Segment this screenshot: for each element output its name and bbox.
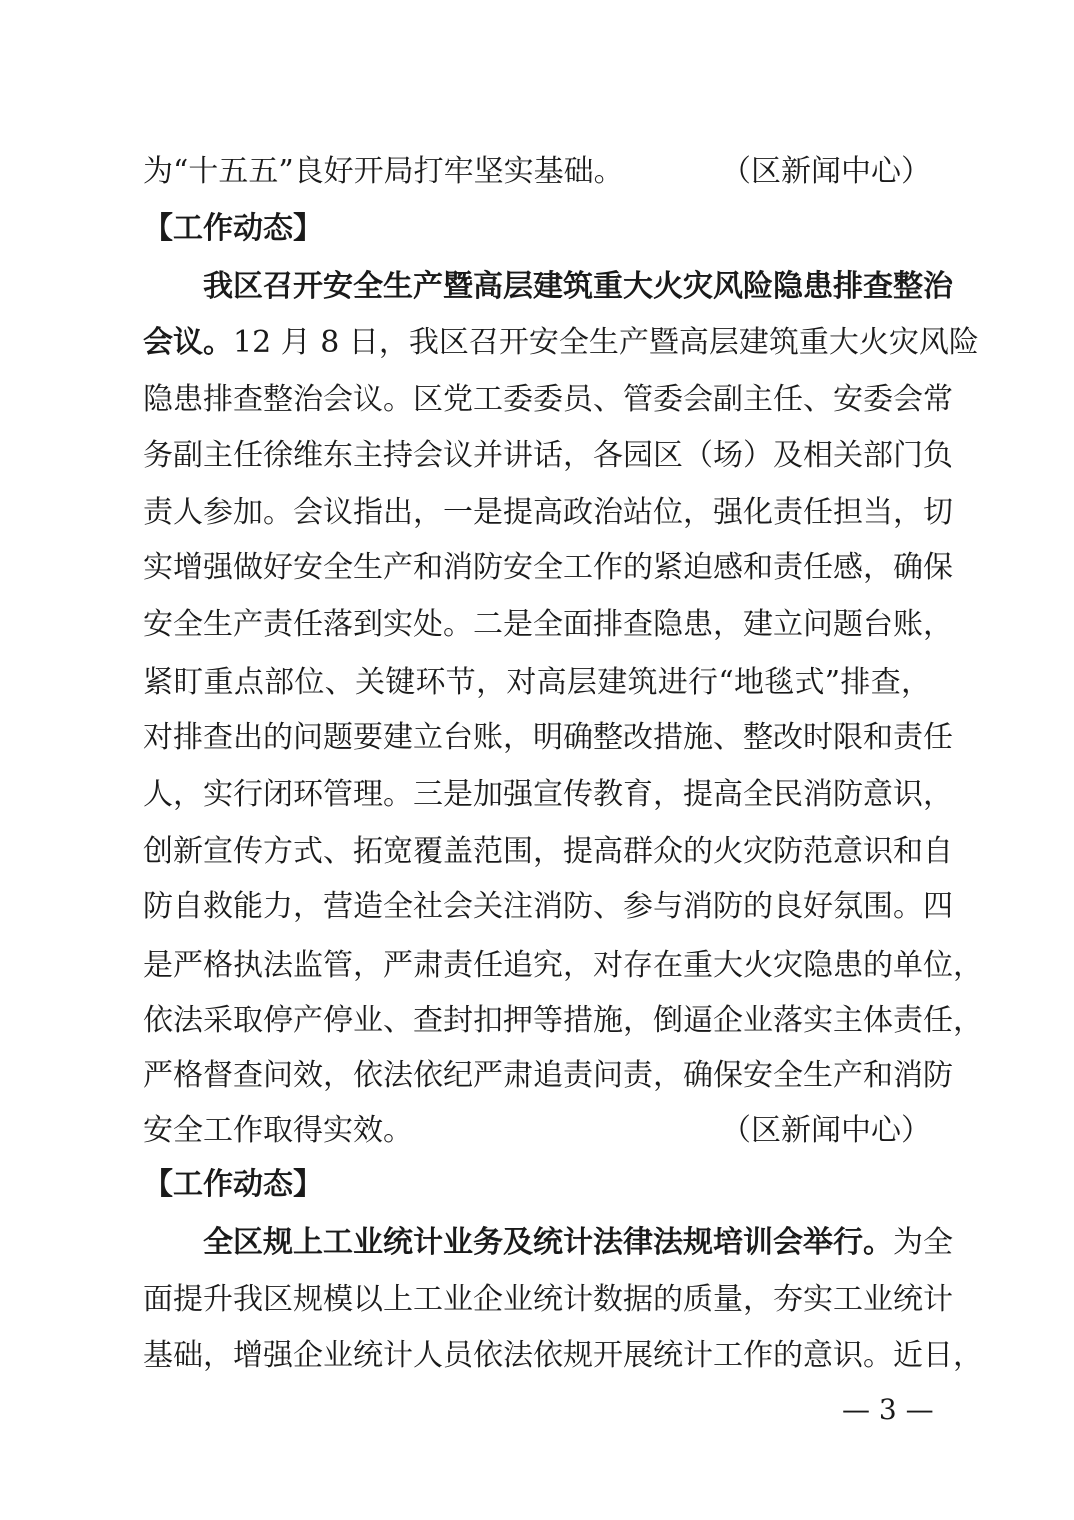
paragraph-line: 依法采取停产停业、查封扣押等措施，倒逼企业落实主体责任， [143, 1001, 931, 1041]
paragraph-line: 安全生产责任落到实处。二是全面排查隐患，建立问题台账， [143, 605, 931, 645]
paragraph-line: 严格督查问效，依法依纪严肃追责问责，确保安全生产和消防 [143, 1056, 931, 1096]
carry-over-line: 为“十五五”良好开局打牢坚实基础。 （区新闻中心） [143, 152, 931, 192]
paragraph-text: 12 月 8 日，我区召开安全生产暨高层建筑重大火灾风险 [233, 325, 979, 360]
document-page: 为“十五五”良好开局打牢坚实基础。 （区新闻中心） 【工作动态】 我区召开安全生… [0, 0, 1074, 1520]
paragraph-line: 防自救能力，营造全社会关注消防、参与消防的良好氛围。四 [143, 887, 931, 927]
paragraph-line: 人，实行闭环管理。三是加强宣传教育，提高全民消防意识， [143, 775, 931, 815]
paragraph-line: 面提升我区规模以上工业企业统计数据的质量，夯实工业统计 [143, 1280, 931, 1320]
article-title: 我区召开安全生产暨高层建筑重大火灾风险隐患排查整治 [203, 269, 953, 304]
paragraph-line: 紧盯重点部位、关键环节，对高层建筑进行“地毯式”排查， [143, 663, 931, 703]
paragraph-line: 务副主任徐维东主持会议并讲话，各园区（场）及相关部门负 [143, 436, 931, 476]
paragraph-line: 会议。12 月 8 日，我区召开安全生产暨高层建筑重大火灾风险 [143, 323, 931, 363]
article-title-line: 全区规上工业统计业务及统计法律法规培训会举行。为全 [143, 1223, 931, 1263]
page-number: — 3 — [842, 1390, 934, 1430]
paragraph-last-line: 安全工作取得实效。 （区新闻中心） [143, 1111, 931, 1151]
paragraph-text: 为“十五五”良好开局打牢坚实基础。 [143, 154, 624, 189]
article-title: 全区规上工业统计业务及统计法律法规培训会举行。 [203, 1225, 893, 1260]
paragraph-line: 是严格执法监管，严肃责任追究，对存在重大火灾隐患的单位， [143, 946, 931, 986]
section-tag: 【工作动态】 [143, 1165, 323, 1205]
paragraph-text: 安全工作取得实效。 [143, 1113, 413, 1148]
paragraph-line: 责人参加。会议指出，一是提高政治站位，强化责任担当，切 [143, 493, 931, 533]
paragraph-line: 对排查出的问题要建立台账，明确整改措施、整改时限和责任 [143, 718, 931, 758]
article-title-line: 我区召开安全生产暨高层建筑重大火灾风险隐患排查整治 [143, 267, 931, 307]
paragraph-line: 实增强做好安全生产和消防安全工作的紧迫感和责任感，确保 [143, 548, 931, 588]
section-tag: 【工作动态】 [143, 209, 323, 249]
paragraph-line: 创新宣传方式、拓宽覆盖范围，提高群众的火灾防范意识和自 [143, 832, 931, 872]
article-title: 会议。 [143, 325, 233, 360]
news-source: （区新闻中心） [721, 152, 931, 192]
news-source: （区新闻中心） [721, 1111, 931, 1151]
paragraph-text: 为全 [893, 1225, 953, 1260]
paragraph-line: 隐患排查整治会议。区党工委委员、管委会副主任、安委会常 [143, 380, 931, 420]
paragraph-line: 基础，增强企业统计人员依法依规开展统计工作的意识。近日， [143, 1336, 931, 1376]
